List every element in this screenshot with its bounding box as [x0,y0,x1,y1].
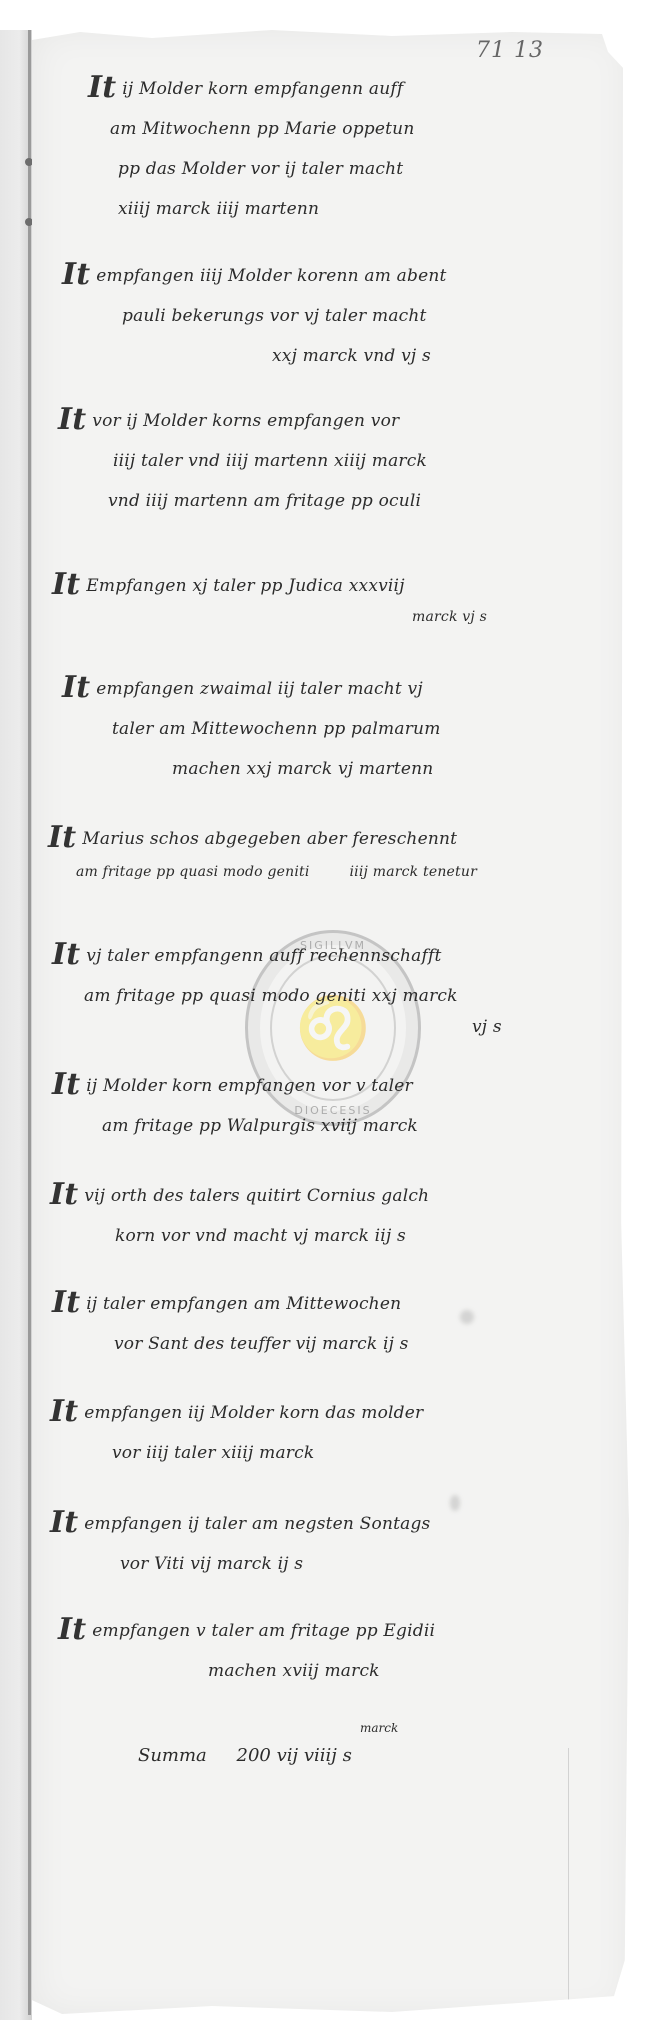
folio-number: 71 13 [476,38,544,63]
margin-ruling [568,1748,569,2008]
item-mark: It [50,1505,78,1540]
entry-line: Itvor ij Molder korns empfangen vor [58,400,578,441]
entry-line: xiiij marck iiij martenn [88,189,608,229]
summary-value: 200 vij viiij s [213,1745,352,1766]
item-mark: It [62,670,90,705]
entry-line: Itempfangen iiij Molder korenn am abent [62,255,582,296]
entry-line: vor Sant des teuffer vij marck ij s [52,1324,572,1364]
entry-line: vnd iiij martenn am fritage pp oculi [58,481,578,521]
item-mark: It [52,567,80,602]
entry-line: vj s [52,1016,572,1038]
entry-line: iiij taler vnd iiij martenn xiiij marck [58,441,578,481]
summary-total: marck Summa 200 vij viiij s [138,1745,352,1766]
entry-line: taler am Mittewochenn pp palmarum [62,709,582,749]
item-mark: It [88,70,116,105]
entry-line: Itvj taler empfangenn auff rechennschaff… [52,935,572,976]
item-mark: It [52,1285,80,1320]
item-mark: It [52,937,80,972]
item-mark: It [62,257,90,292]
entry-line: vor Viti vij marck ij s [50,1544,570,1584]
entry-line: Itvij orth des talers quitirt Cornius ga… [50,1175,570,1216]
entry-line: Itij Molder korn empfangen vor v taler [52,1065,572,1106]
binding-gutter [28,30,31,2015]
ledger-entry: Itvj taler empfangenn auff rechennschaff… [52,935,572,1038]
entry-line: ItEmpfangen xj taler pp Judica xxxviij [52,565,572,606]
item-mark: It [52,1067,80,1102]
entry-line: Itempfangen iij Molder korn das molder [50,1392,570,1433]
entry-line: marck vj s [52,606,572,628]
ledger-entry: Itvor ij Molder korns empfangen vor iiij… [58,400,578,521]
summary-superscript: marck [360,1721,398,1735]
ledger-entry: Itempfangen ij taler am negsten Sontags … [50,1503,570,1584]
entry-line: pp das Molder vor ij taler macht [88,149,608,189]
item-mark: It [50,1394,78,1429]
entry-line: xxj marck vnd vj s [62,336,582,376]
entry-line: Itempfangen v taler am fritage pp Egidii [58,1610,578,1651]
binding-stitch [25,218,33,226]
entry-line: Itempfangen ij taler am negsten Sontags [50,1503,570,1544]
ledger-entry: ItMarius schos abgegeben aber fereschenn… [48,818,568,885]
item-mark: It [48,820,76,855]
entry-line: pauli bekerungs vor vj taler macht [62,296,582,336]
entry-line: machen xxj marck vj martenn [62,749,582,789]
ledger-entry: Itij taler empfangen am Mittewochen vor … [52,1283,572,1364]
entry-line: korn vor vnd macht vj marck iij s [50,1216,570,1256]
item-mark: It [58,402,86,437]
ledger-entry: Itempfangen iij Molder korn das molder v… [50,1392,570,1473]
ledger-entry: Itempfangen v taler am fritage pp Egidii… [58,1610,578,1691]
entry-line: Itij taler empfangen am Mittewochen [52,1283,572,1324]
entry-line: am Mitwochenn pp Marie oppetun [88,109,608,149]
item-mark: It [58,1612,86,1647]
ledger-entry: ItEmpfangen xj taler pp Judica xxxviij m… [52,565,572,628]
ledger-entry: Itempfangen iiij Molder korenn am abent … [62,255,582,376]
binding-stitch [25,158,33,166]
entry-line: ItMarius schos abgegeben aber fereschenn… [48,818,568,859]
ledger-entry: Itempfangen zwaimal iij taler macht vj t… [62,668,582,789]
item-mark: It [50,1177,78,1212]
ledger-entry: Itij Molder korn empfangenn auff am Mitw… [88,68,608,229]
entry-line: Itij Molder korn empfangenn auff [88,68,608,109]
summary-label: Summa [138,1745,207,1766]
entry-line: vor iiij taler xiiij marck [50,1433,570,1473]
entry-line: Itempfangen zwaimal iij taler macht vj [62,668,582,709]
ledger-entry: Itvij orth des talers quitirt Cornius ga… [50,1175,570,1256]
entry-line: machen xviij marck [58,1651,578,1691]
entry-line: am fritage pp quasi modo genitiiiij marc… [48,859,568,885]
entry-line: am fritage pp quasi modo geniti xxj marc… [52,976,572,1016]
ledger-entry: Itij Molder korn empfangen vor v taler a… [52,1065,572,1146]
entry-line: am fritage pp Walpurgis xviij marck [52,1106,572,1146]
